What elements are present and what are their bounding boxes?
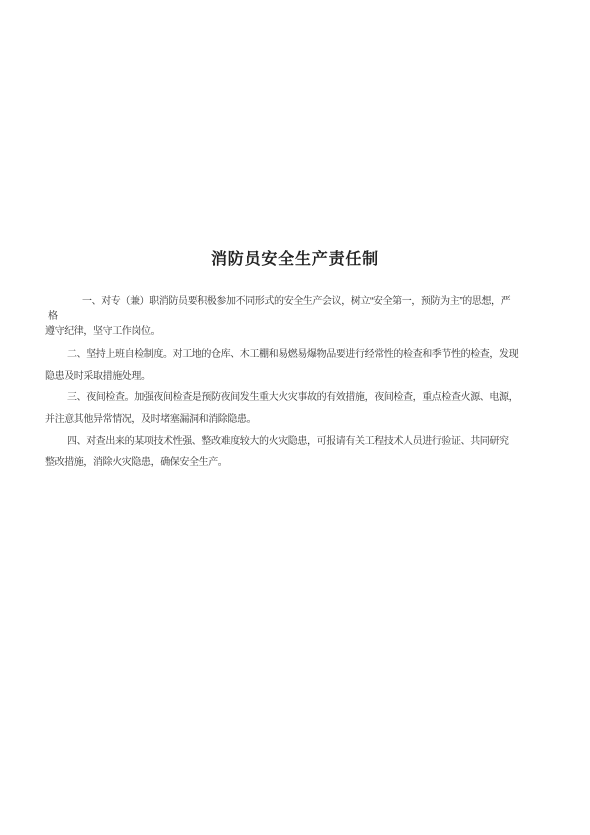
paragraph-1-line-3: 遵守纪律，坚守工作岗位。 [45,325,560,338]
paragraph-3-line-1: 三、夜间检查。加强夜间检查是预防夜间发生重大火灾事故的有效措施，夜间检查，重点检… [45,391,560,404]
document-title: 消防员安全生产责任制 [0,0,590,269]
paragraph-1-line-1: 一、对专（兼）职消防员要积极参加不同形式的安全生产会议，树立“安全第一，预防为主… [45,295,560,308]
paragraph-3-line-2: 并注意其他异常情况，及时堵塞漏洞和消除隐患。 [45,413,560,426]
document-body: 一、对专（兼）职消防员要积极参加不同形式的安全生产会议，树立“安全第一，预防为主… [0,295,590,469]
paragraph-1-line-2: 格 [45,310,560,323]
paragraph-2-line-2: 隐患及时采取措施处理。 [45,370,560,383]
paragraph-4-line-1: 四、对查出来的某项技术性强、整改难度较大的火灾隐患，可报请有关工程技术人员进行验… [45,435,560,448]
paragraph-2-line-1: 二、坚持上班自检制度。对工地的仓库、木工棚和易燃易爆物品要进行经常性的检查和季节… [45,348,560,361]
document-page: 消防员安全生产责任制 一、对专（兼）职消防员要积极参加不同形式的安全生产会议，树… [0,0,590,835]
paragraph-4-line-2: 整改措施，消除火灾隐患，确保安全生产。 [45,456,560,469]
